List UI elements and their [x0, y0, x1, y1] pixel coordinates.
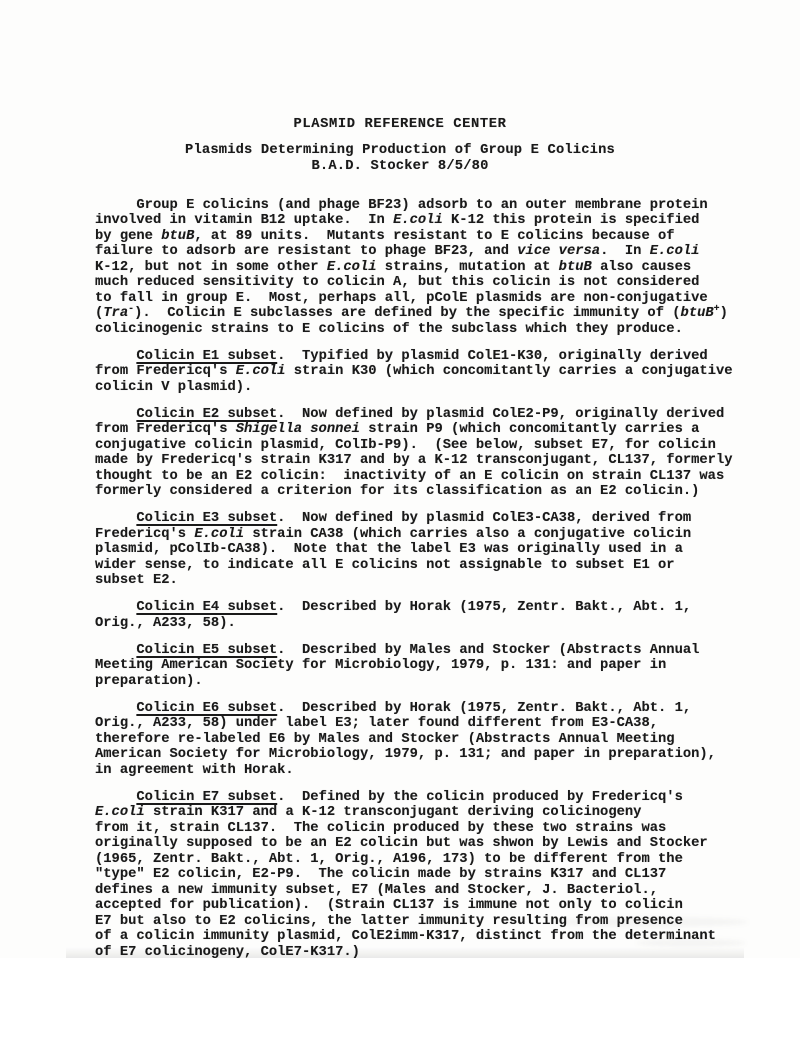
text-segment-underline: Colicin E7 subset	[136, 790, 277, 805]
text-line: involved in vitamin B12 uptake. In E.col…	[95, 213, 800, 229]
text-segment: . Now defined by plasmid ColE3-CA38, der…	[277, 511, 691, 526]
text-line: accepted for publication). (Strain CL137…	[95, 898, 800, 914]
text-line: "type" E2 colicin, E2-P9. The colicin ma…	[95, 867, 800, 883]
text-segment-italic: Tra	[103, 306, 128, 321]
text-segment	[95, 349, 136, 364]
document-body: Group E colicins (and phage BF23) adsorb…	[0, 198, 800, 961]
text-segment: ). Colicin E subclasses are defined by t…	[134, 306, 680, 321]
text-segment: . Described by Males and Stocker (Abstra…	[277, 643, 699, 658]
text-segment: "type" E2 colicin, E2-P9. The colicin ma…	[95, 867, 666, 882]
text-line: Colicin E7 subset. Defined by the colici…	[95, 790, 800, 806]
text-segment: strains, mutation at	[377, 260, 559, 275]
text-line: defines a new immunity subset, E7 (Males…	[95, 883, 800, 899]
text-line: (1965, Zentr. Bakt., Abt. 1, Orig., A196…	[95, 852, 800, 868]
scan-bottom-edge-shadow	[66, 947, 744, 958]
text-line: failure to adsorb are resistant to phage…	[95, 244, 800, 260]
document-title: PLASMID REFERENCE CENTER	[0, 117, 800, 133]
text-segment: (1965, Zentr. Bakt., Abt. 1, Orig., A196…	[95, 852, 683, 867]
text-segment: of a colicin immunity plasmid, ColE2imm-…	[95, 929, 716, 944]
text-line: (Tra-). Colicin E subclasses are defined…	[95, 306, 800, 322]
text-line: subset E2.	[95, 573, 800, 589]
text-line: preparation).	[95, 674, 800, 690]
text-segment: by gene	[95, 229, 161, 244]
text-line: thought to be an E2 colicin: inactivity …	[95, 469, 800, 485]
text-segment-underline: Colicin E2 subset	[136, 407, 277, 422]
text-segment: from Fredericq's	[95, 422, 236, 437]
text-segment: . In	[600, 244, 650, 259]
text-line: wider sense, to indicate all E colicins …	[95, 558, 800, 574]
text-segment: involved in vitamin B12 uptake. In	[95, 213, 393, 228]
text-line: Group E colicins (and phage BF23) adsorb…	[95, 198, 800, 214]
text-line: Colicin E2 subset. Now defined by plasmi…	[95, 407, 800, 423]
scanned-document-page: PLASMID REFERENCE CENTER Plasmids Determ…	[0, 0, 800, 1060]
text-segment-italic: vice versa	[517, 244, 600, 259]
text-segment: subset E2.	[95, 573, 178, 588]
text-segment: Orig., A233, 58) under label E3; later f…	[95, 716, 658, 731]
text-line: colicin V plasmid).	[95, 380, 800, 396]
text-segment: therefore re-labeled E6 by Males and Sto…	[95, 732, 675, 747]
paragraph-colicin-e4-subset: Colicin E4 subset. Described by Horak (1…	[95, 600, 800, 631]
text-segment: preparation).	[95, 674, 203, 689]
text-segment: . Described by Horak (1975, Zentr. Bakt.…	[277, 600, 691, 615]
text-segment-underline: Colicin E1 subset	[136, 349, 277, 364]
text-segment-italic: E.coli	[393, 213, 443, 228]
text-segment: in agreement with Horak.	[95, 763, 294, 778]
text-segment: from it, strain CL137. The colicin produ…	[95, 821, 666, 836]
text-segment: wider sense, to indicate all E colicins …	[95, 558, 675, 573]
text-line: Meeting American Society for Microbiolog…	[95, 658, 800, 674]
text-segment-italic: E.coli	[194, 527, 244, 542]
text-line: by gene btuB, at 89 units. Mutants resis…	[95, 229, 800, 245]
text-line: plasmid, pColIb-CA38). Note that the lab…	[95, 542, 800, 558]
text-line: Fredericq's E.coli strain CA38 (which ca…	[95, 527, 800, 543]
text-segment: . Defined by the colicin produced by Fre…	[277, 790, 683, 805]
paragraph-colicin-e5-subset: Colicin E5 subset. Described by Males an…	[95, 643, 800, 690]
text-segment: . Now defined by plasmid ColE2-P9, origi…	[277, 407, 724, 422]
text-segment: also causes	[592, 260, 691, 275]
text-line: made by Fredericq's strain K317 and by a…	[95, 453, 800, 469]
text-segment: conjugative colicin plasmid, ColIb-P9). …	[95, 438, 716, 453]
text-segment: from Fredericq's	[95, 364, 236, 379]
text-segment-italic: btuB	[559, 260, 592, 275]
text-segment	[95, 407, 136, 422]
text-segment: Group E colicins (and phage BF23) adsorb…	[95, 198, 708, 213]
text-segment: much reduced sensitivity to colicin A, b…	[95, 275, 699, 290]
text-segment: originally supposed to be an E2 colicin …	[95, 836, 708, 851]
text-segment: formerly considered a criterion for its …	[95, 484, 699, 499]
text-segment-italic: E.coli	[95, 805, 145, 820]
text-segment-italic: btuB	[681, 306, 714, 321]
text-segment: Meeting American Society for Microbiolog…	[95, 658, 666, 673]
document-byline: B.A.D. Stocker 8/5/80	[0, 159, 800, 175]
paragraph-colicin-e6-subset: Colicin E6 subset. Described by Horak (1…	[95, 701, 800, 779]
scan-smudge	[636, 939, 746, 947]
document-header: PLASMID REFERENCE CENTER Plasmids Determ…	[0, 0, 800, 174]
text-segment-italic: E.coli	[236, 364, 286, 379]
text-line: to fall in group E. Most, perhaps all, p…	[95, 291, 800, 307]
text-line: originally supposed to be an E2 colicin …	[95, 836, 800, 852]
text-line: from Fredericq's Shigella sonnei strain …	[95, 422, 800, 438]
text-segment: colicinogenic strains to E colicins of t…	[95, 322, 683, 337]
paragraph-colicin-e2-subset: Colicin E2 subset. Now defined by plasmi…	[95, 407, 800, 500]
text-segment: strain K30 (which concomitantly carries …	[285, 364, 732, 379]
text-line: Orig., A233, 58) under label E3; later f…	[95, 716, 800, 732]
text-segment-italic: E.coli	[327, 260, 377, 275]
text-line: Colicin E1 subset. Typified by plasmid C…	[95, 349, 800, 365]
text-segment: made by Fredericq's strain K317 and by a…	[95, 453, 733, 468]
paragraph-intro: Group E colicins (and phage BF23) adsorb…	[95, 198, 800, 338]
text-segment: strain K317 and a K-12 transconjugant de…	[145, 805, 642, 820]
text-segment	[95, 511, 136, 526]
text-line: in agreement with Horak.	[95, 763, 800, 779]
text-segment-underline: Colicin E6 subset	[136, 701, 277, 716]
text-segment	[95, 790, 136, 805]
text-segment: accepted for publication). (Strain CL137…	[95, 898, 683, 913]
text-line: Colicin E5 subset. Described by Males an…	[95, 643, 800, 659]
scan-cutoff-mask	[0, 958, 800, 1060]
text-segment: plasmid, pColIb-CA38). Note that the lab…	[95, 542, 683, 557]
text-segment: Orig., A233, 58).	[95, 616, 236, 631]
paragraph-colicin-e7-subset: Colicin E7 subset. Defined by the colici…	[95, 790, 800, 961]
text-segment: to fall in group E. Most, perhaps all, p…	[95, 291, 708, 306]
text-segment: strain P9 (which concomitantly carries a	[360, 422, 699, 437]
paragraph-colicin-e3-subset: Colicin E3 subset. Now defined by plasmi…	[95, 511, 800, 589]
text-line: much reduced sensitivity to colicin A, b…	[95, 275, 800, 291]
text-line: therefore re-labeled E6 by Males and Sto…	[95, 732, 800, 748]
text-line: from it, strain CL137. The colicin produ…	[95, 821, 800, 837]
text-segment	[95, 600, 136, 615]
text-segment-underline: Colicin E5 subset	[136, 643, 277, 658]
text-line: Colicin E6 subset. Described by Horak (1…	[95, 701, 800, 717]
text-segment: )	[720, 306, 728, 321]
text-segment: . Typified by plasmid ColE1-K30, origina…	[277, 349, 708, 364]
text-segment: strain CA38 (which carries also a conjug…	[244, 527, 691, 542]
text-segment: K-12, but not in some other	[95, 260, 327, 275]
text-segment-sup: +	[714, 303, 720, 314]
text-line: American Society for Microbiology, 1979,…	[95, 747, 800, 763]
text-line: conjugative colicin plasmid, ColIb-P9). …	[95, 438, 800, 454]
text-segment-sup: -	[128, 303, 134, 314]
text-segment: . Described by Horak (1975, Zentr. Bakt.…	[277, 701, 691, 716]
paragraph-colicin-e1-subset: Colicin E1 subset. Typified by plasmid C…	[95, 349, 800, 396]
text-line: formerly considered a criterion for its …	[95, 484, 800, 500]
document-subtitle: Plasmids Determining Production of Group…	[0, 143, 800, 159]
text-segment: defines a new immunity subset, E7 (Males…	[95, 883, 658, 898]
text-line: from Fredericq's E.coli strain K30 (whic…	[95, 364, 800, 380]
text-line: E.coli strain K317 and a K-12 transconju…	[95, 805, 800, 821]
text-line: colicinogenic strains to E colicins of t…	[95, 322, 800, 338]
text-line: Colicin E3 subset. Now defined by plasmi…	[95, 511, 800, 527]
text-segment: failure to adsorb are resistant to phage…	[95, 244, 517, 259]
text-segment: Fredericq's	[95, 527, 194, 542]
text-segment: colicin V plasmid).	[95, 380, 252, 395]
text-segment-underline: Colicin E4 subset	[136, 600, 277, 615]
text-segment-italic: Shigella sonnei	[236, 422, 360, 437]
text-segment-italic: btuB	[161, 229, 194, 244]
text-line: Colicin E4 subset. Described by Horak (1…	[95, 600, 800, 616]
scan-smudge	[548, 917, 748, 927]
text-line: K-12, but not in some other E.coli strai…	[95, 260, 800, 276]
text-segment: K-12 this protein is specified	[443, 213, 700, 228]
text-segment: thought to be an E2 colicin: inactivity …	[95, 469, 724, 484]
text-segment: , at 89 units. Mutants resistant to E co…	[194, 229, 674, 244]
text-segment-italic: E.coli	[650, 244, 700, 259]
text-segment: American Society for Microbiology, 1979,…	[95, 747, 716, 762]
text-segment	[95, 701, 136, 716]
text-line: Orig., A233, 58).	[95, 616, 800, 632]
text-segment-underline: Colicin E3 subset	[136, 511, 277, 526]
text-segment	[95, 643, 136, 658]
